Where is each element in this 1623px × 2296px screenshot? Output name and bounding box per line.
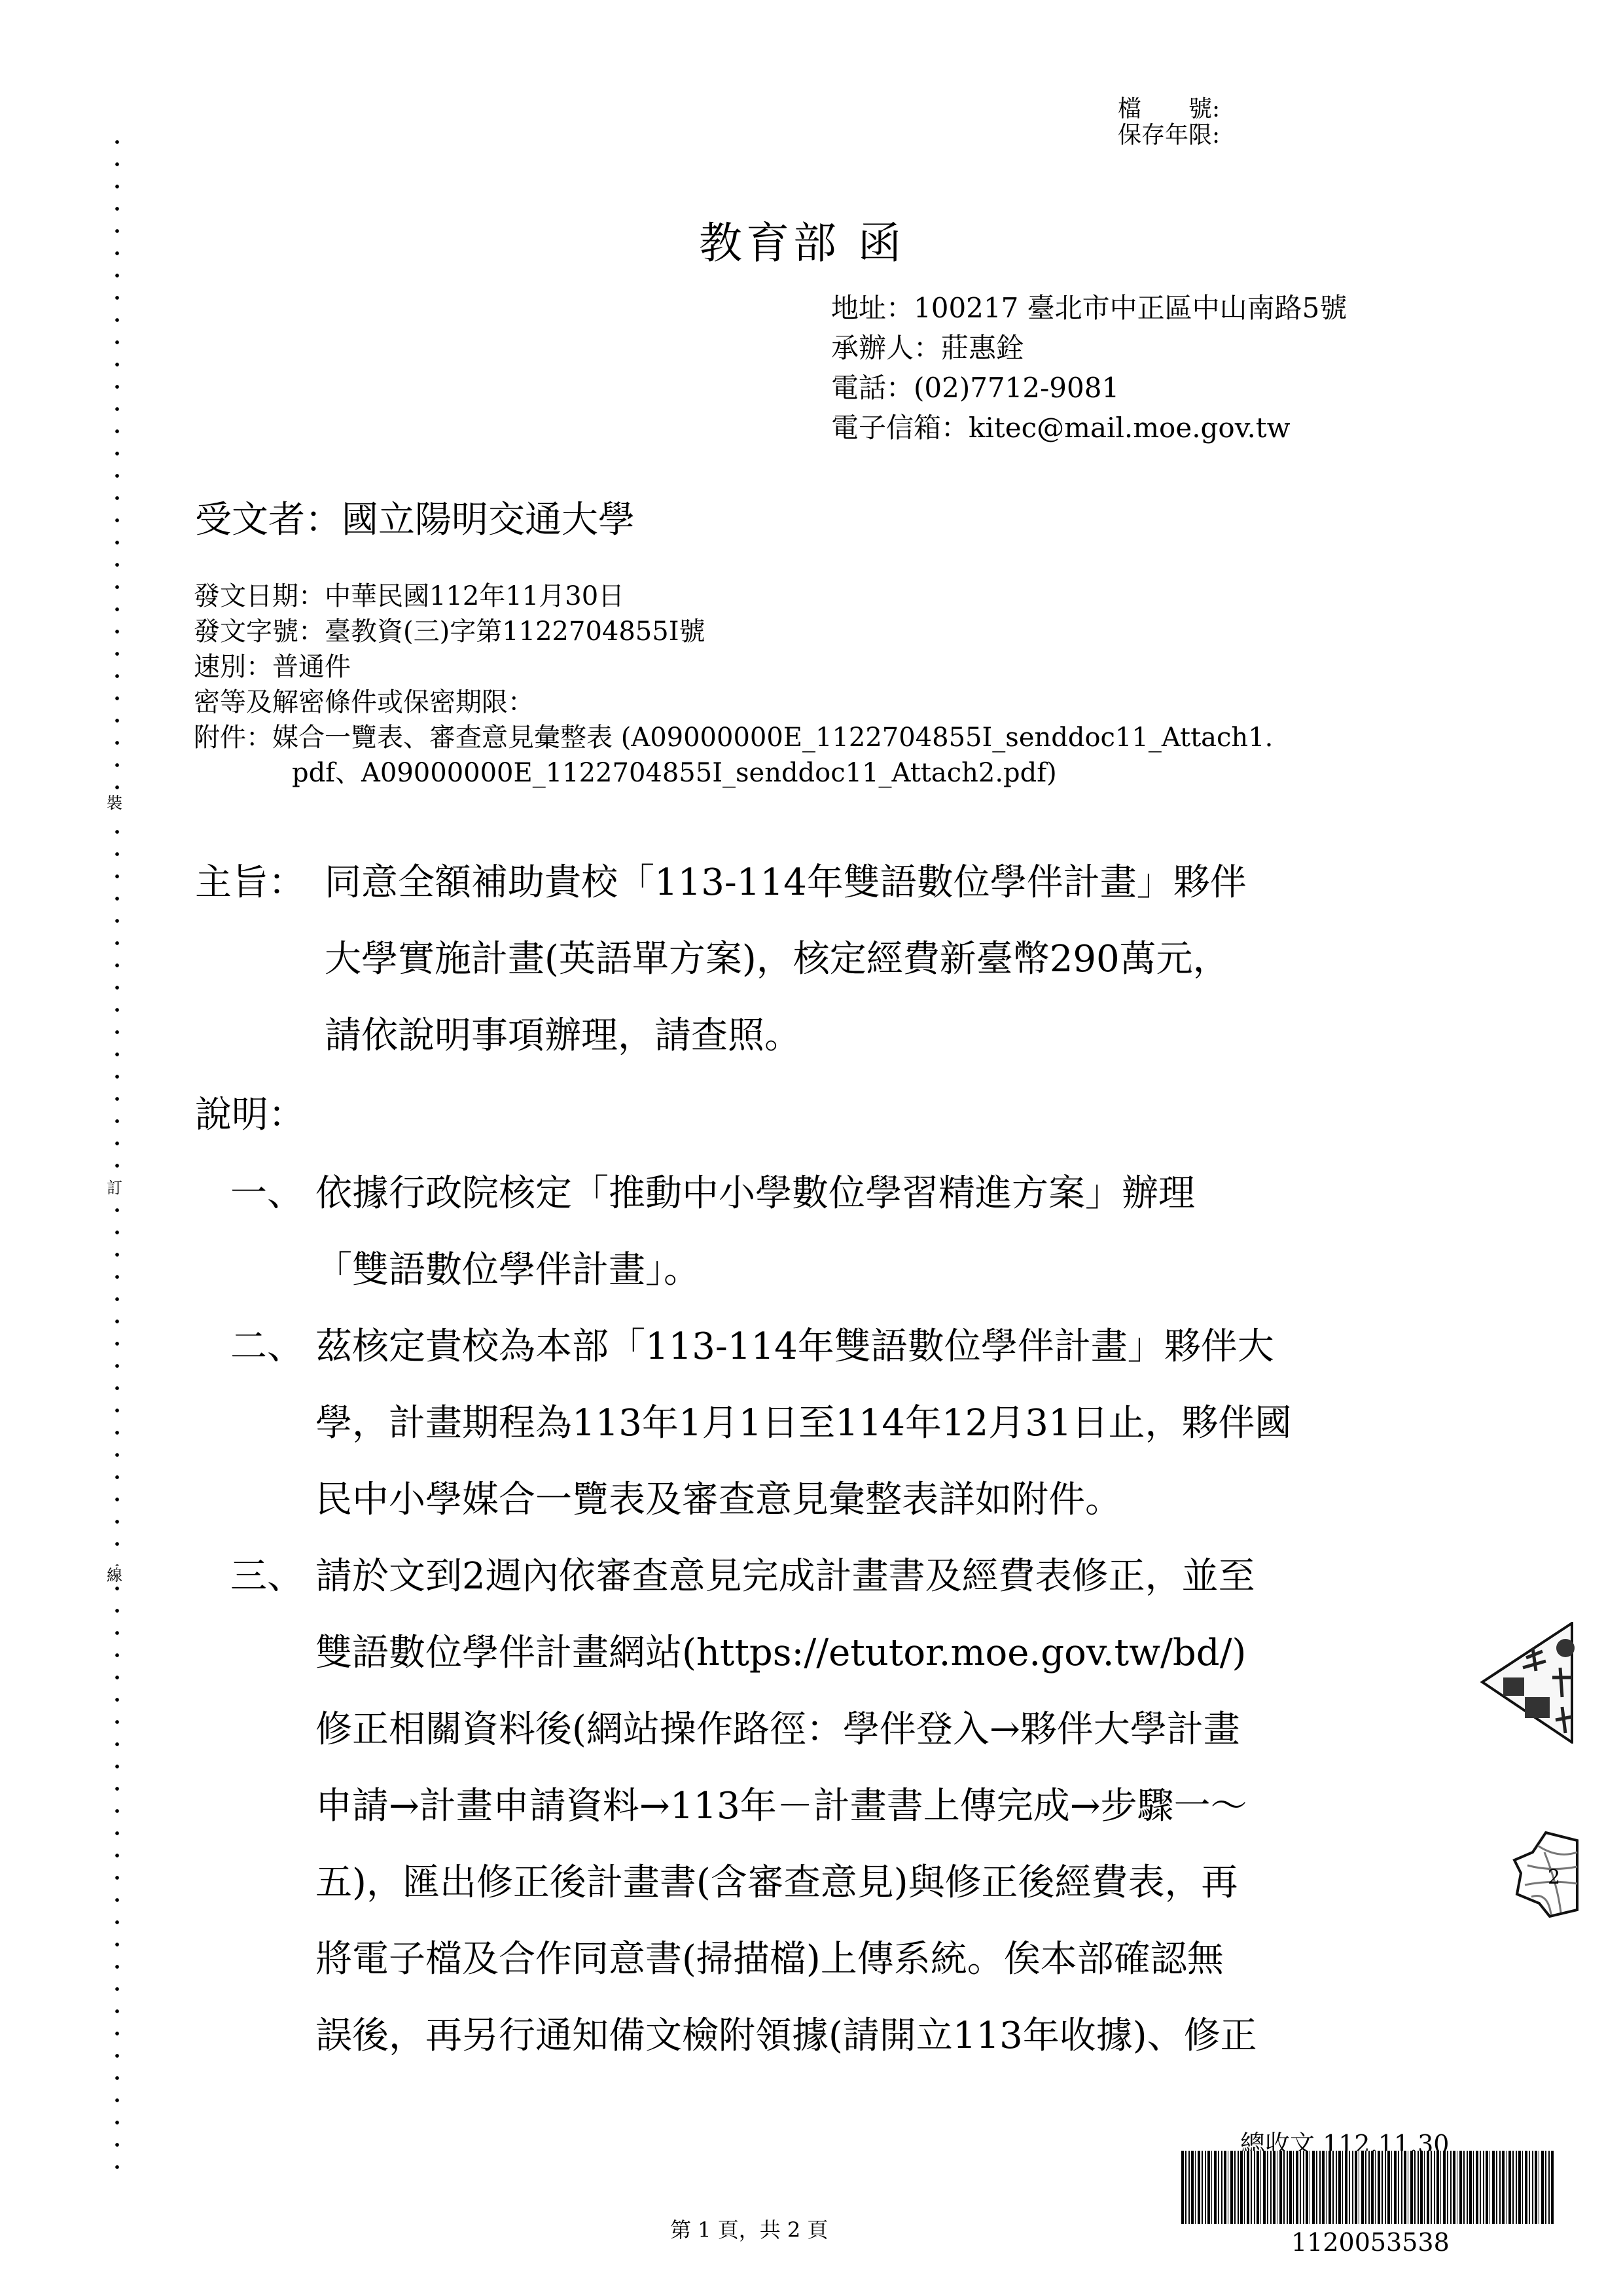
item-line: 誤後，再另行通知備文檢附領據(請開立113年收據)、修正 — [315, 1998, 1257, 2074]
explanation-item-2-marker: 二、 — [230, 1308, 304, 1385]
binding-label-xian: 線 — [107, 1566, 122, 1585]
item-line: 學，計畫期程為113年1月1日至114年12月31日止，夥伴國 — [315, 1385, 1292, 1462]
explanation-item-3-marker: 三、 — [230, 1538, 304, 1615]
file-number-label: 檔 號: — [1118, 96, 1220, 122]
contact-address: 地址：100217 臺北市中正區中山南路5號 — [831, 288, 1347, 328]
subject-line: 大學實施計畫(英語單方案)，核定經費新臺幣290萬元， — [325, 921, 1247, 997]
receipt-seal-stamp-icon — [1480, 1622, 1578, 1744]
binding-label-zhuang: 裝 — [107, 793, 122, 813]
item-line: 申請→計畫申請資料→113年－計畫書上傳完成→步驟一～ — [315, 1768, 1257, 1844]
document-title: 教育部 函 — [699, 208, 905, 270]
explanation-item-1: 依據行政院核定「推動中小學數位學習精進方案」辦理 「雙語數位學伴計畫」。 — [315, 1155, 1195, 1308]
item-line: 民中小學媒合一覽表及審查意見彙整表詳如附件。 — [315, 1462, 1292, 1538]
explanation-item-2: 茲核定貴校為本部「113-114年雙語數位學伴計畫」夥伴大 學，計畫期程為113… — [315, 1308, 1292, 1538]
contact-phone: 電話：(02)7712-9081 — [831, 368, 1347, 408]
item-line: 將電子檔及合作同意書(掃描檔)上傳系統。俟本部確認無 — [315, 1921, 1257, 1998]
contact-handler: 承辦人：莊惠銓 — [831, 328, 1347, 368]
issue-date: 發文日期：中華民國112年11月30日 — [194, 579, 1273, 614]
document-number: 發文字號：臺教資(三)字第1122704855I號 — [194, 614, 1273, 649]
explanation-label: 說明： — [195, 1077, 305, 1153]
binding-label-ding: 訂 — [107, 1178, 122, 1198]
classification: 密等及解密條件或保密期限： — [194, 685, 1273, 720]
recipient: 受文者：國立陽明交通大學 — [195, 491, 635, 543]
subject-line: 請依說明事項辦理，請查照。 — [325, 997, 1247, 1074]
meta-block: 發文日期：中華民國112年11月30日 發文字號：臺教資(三)字第1122704… — [194, 579, 1273, 791]
item-line: 五)，匯出修正後計畫書(含審查意見)與修正後經費表，再 — [315, 1844, 1257, 1921]
contact-email: 電子信箱：kitec@mail.moe.gov.tw — [831, 408, 1347, 448]
explanation-item-3: 請於文到2週內依審查意見完成計畫書及經費表修正，並至 雙語數位學伴計畫網站(ht… — [315, 1538, 1257, 2074]
item-line: 茲核定貴校為本部「113-114年雙語數位學伴計畫」夥伴大 — [315, 1308, 1292, 1385]
numbered-seal-stamp-icon: 2 — [1512, 1826, 1578, 1918]
item-line: 請於文到2週內依審查意見完成計畫書及經費表修正，並至 — [315, 1538, 1257, 1615]
priority: 速別：普通件 — [194, 649, 1273, 685]
barcode-number: 1120053538 — [1291, 2228, 1450, 2257]
binding-dotted-line — [115, 131, 120, 2186]
subject-line: 同意全額補助貴校「113-114年雙語數位學伴計畫」夥伴 — [325, 844, 1247, 921]
subject-label: 主旨： — [195, 844, 305, 921]
attachments-line-1: 附件：媒合一覽表、審查意見彙整表 (A09000000E_1122704855I… — [194, 720, 1273, 755]
item-line: 「雙語數位學伴計畫」。 — [315, 1232, 1195, 1308]
attachments-line-2: pdf、A09000000E_1122704855I_senddoc11_Att… — [194, 755, 1273, 791]
explanation-item-1-marker: 一、 — [230, 1155, 304, 1232]
page-indicator: 第 1 頁，共 2 頁 — [670, 2214, 828, 2244]
barcode-icon — [1181, 2151, 1554, 2224]
retention-period-label: 保存年限: — [1118, 122, 1220, 149]
svg-text:2: 2 — [1548, 1866, 1560, 1889]
item-line: 依據行政院核定「推動中小學數位學習精進方案」辦理 — [315, 1155, 1195, 1232]
subject-body: 同意全額補助貴校「113-114年雙語數位學伴計畫」夥伴 大學實施計畫(英語單方… — [325, 844, 1247, 1074]
contact-block: 地址：100217 臺北市中正區中山南路5號 承辦人：莊惠銓 電話：(02)77… — [831, 288, 1347, 448]
item-line: 雙語數位學伴計畫網站(https://etutor.moe.gov.tw/bd/… — [315, 1615, 1257, 1691]
item-line: 修正相關資料後(網站操作路徑：學伴登入→夥伴大學計畫 — [315, 1691, 1257, 1768]
